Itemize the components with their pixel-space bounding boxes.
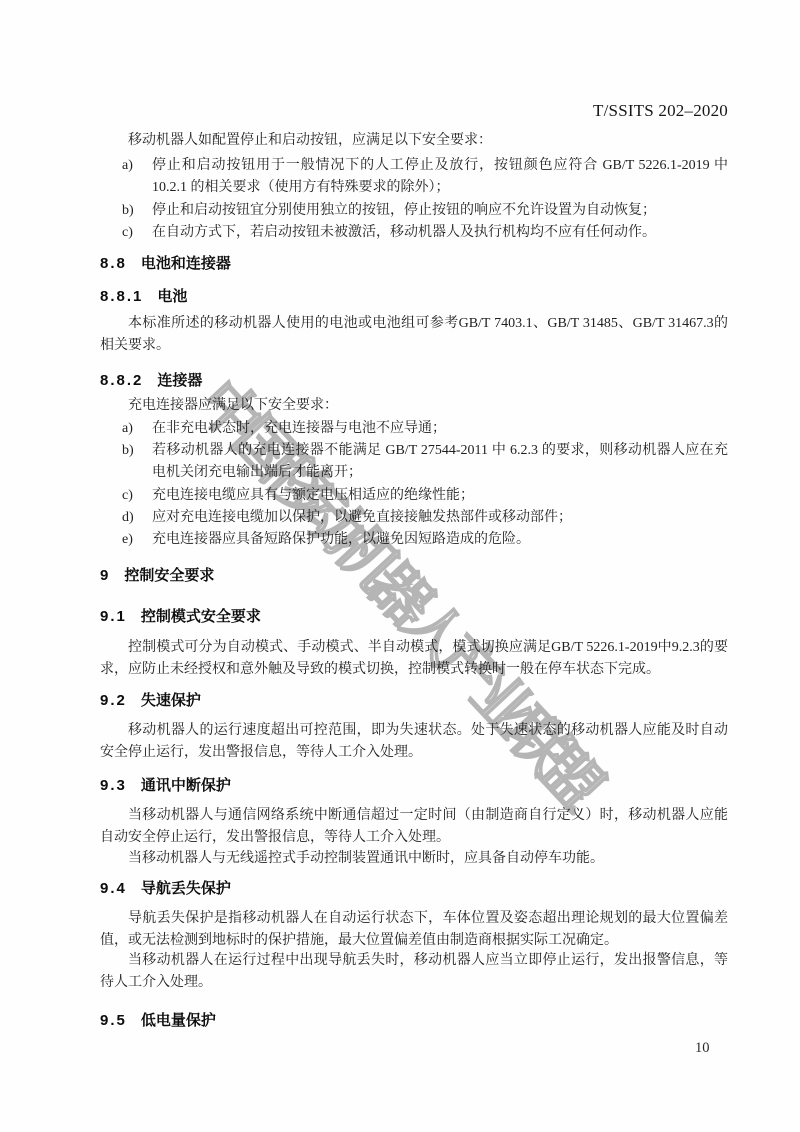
heading-9-1: 9.1控制模式安全要求: [100, 606, 728, 627]
list-label: c): [100, 222, 152, 244]
heading-title: 导航丢失保护: [141, 880, 231, 897]
list-item-a: a) 在非充电状态时，充电连接器与电池不应导通；: [100, 418, 728, 440]
list-text: 在自动方式下，若启动按钮未被激活，移动机器人及执行机构均不应有任何动作。: [152, 222, 728, 244]
list-label: c): [100, 485, 152, 507]
heading-9-5: 9.5低电量保护: [100, 1010, 728, 1031]
list-text: 若移动机器人的充电连接器不能满足 GB/T 27544-2011 中 6.2.3…: [152, 440, 728, 484]
heading-number: 9.5: [100, 1012, 127, 1029]
list-text: 应对充电连接电缆加以保护，以避免直接接触发热部件或移动部件；: [152, 507, 728, 529]
list-label: b): [100, 440, 152, 484]
list-text: 充电连接器应具备短路保护功能，以避免因短路造成的危险。: [152, 529, 728, 551]
page-header: T/SSITS 202–2020: [593, 101, 728, 121]
paragraph-nav-loss-1: 导航丢失保护是指移动机器人在自动运行状态下，车体位置及姿态超出理论规划的最大位置…: [100, 908, 728, 952]
paragraph-connector-lead: 充电连接器应满足以下安全要求：: [100, 395, 728, 417]
paragraph-overspeed: 移动机器人的运行速度超出可控范围，即为失速状态。处于失速状态的移动机器人应能及时…: [100, 720, 728, 764]
paragraph-control-mode: 控制模式可分为自动模式、手动模式、半自动模式，模式切换应满足GB/T 5226.…: [100, 637, 728, 681]
list-label: e): [100, 529, 152, 551]
list-label: a): [100, 418, 152, 440]
list-text: 在非充电状态时，充电连接器与电池不应导通；: [152, 418, 728, 440]
heading-number: 9.4: [100, 880, 127, 897]
heading-number: 9.2: [100, 692, 127, 709]
heading-9-3: 9.3通讯中断保护: [100, 775, 728, 796]
heading-number: 8.8: [100, 255, 127, 272]
heading-title: 通讯中断保护: [141, 777, 231, 794]
list-item-c: c) 充电连接电缆应具有与额定电压相适应的绝缘性能；: [100, 485, 728, 507]
paragraph-comm-loss-1: 当移动机器人与通信网络系统中断通信超过一定时间（由制造商自行定义）时，移动机器人…: [100, 805, 728, 849]
list-item-b: b) 若移动机器人的充电连接器不能满足 GB/T 27544-2011 中 6.…: [100, 440, 728, 484]
heading-title: 电池和连接器: [141, 255, 231, 272]
heading-8-8: 8.8电池和连接器: [100, 253, 728, 274]
heading-number: 9.3: [100, 777, 127, 794]
list-label: d): [100, 507, 152, 529]
heading-8-8-2: 8.8.2连接器: [100, 370, 728, 391]
heading-number: 9: [100, 567, 110, 584]
list-item-d: d) 应对充电连接电缆加以保护，以避免直接接触发热部件或移动部件；: [100, 507, 728, 529]
heading-title: 连接器: [157, 372, 202, 389]
list-item-e: e) 充电连接器应具备短路保护功能，以避免因短路造成的危险。: [100, 529, 728, 551]
paragraph-comm-loss-2: 当移动机器人与无线遥控式手动控制装置通讯中断时，应具备自动停车功能。: [100, 848, 728, 870]
paragraph-nav-loss-2: 当移动机器人在运行过程中出现导航丢失时，移动机器人应当立即停止运行，发出报警信息…: [100, 950, 728, 994]
document-page: 中国移动机器人产业联盟 T/SSITS 202–2020 移动机器人如配置停止和…: [0, 0, 800, 1132]
heading-title: 失速保护: [141, 692, 201, 709]
list-text: 充电连接电缆应具有与额定电压相适应的绝缘性能；: [152, 485, 728, 507]
list-text: 停止和启动按钮用于一般情况下的人工停止及放行，按钮颜色应符合 GB/T 5226…: [152, 155, 728, 199]
paragraph-stop-start-lead: 移动机器人如配置停止和启动按钮，应满足以下安全要求：: [100, 130, 728, 152]
heading-number: 8.8.2: [100, 372, 143, 389]
heading-title: 低电量保护: [141, 1012, 216, 1029]
heading-9: 9控制安全要求: [100, 565, 728, 586]
heading-title: 电池: [157, 288, 187, 305]
heading-9-2: 9.2失速保护: [100, 690, 728, 711]
heading-8-8-1: 8.8.1电池: [100, 286, 728, 307]
standard-number: T/SSITS 202–2020: [593, 101, 728, 120]
heading-number: 8.8.1: [100, 288, 143, 305]
list-item-b: b) 停止和启动按钮宜分别使用独立的按钮，停止按钮的响应不允许设置为自动恢复；: [100, 200, 728, 222]
heading-title: 控制模式安全要求: [141, 608, 261, 625]
heading-9-4: 9.4导航丢失保护: [100, 878, 728, 899]
heading-title: 控制安全要求: [124, 567, 214, 584]
list-text: 停止和启动按钮宜分别使用独立的按钮，停止按钮的响应不允许设置为自动恢复；: [152, 200, 728, 222]
list-label: a): [100, 155, 152, 199]
list-label: b): [100, 200, 152, 222]
heading-number: 9.1: [100, 608, 127, 625]
page-number: 10: [695, 1040, 710, 1057]
list-item-c: c) 在自动方式下，若启动按钮未被激活，移动机器人及执行机构均不应有任何动作。: [100, 222, 728, 244]
paragraph-battery: 本标准所述的移动机器人使用的电池或电池组可参考GB/T 7403.1、GB/T …: [100, 313, 728, 357]
list-item-a: a) 停止和启动按钮用于一般情况下的人工停止及放行，按钮颜色应符合 GB/T 5…: [100, 155, 728, 199]
